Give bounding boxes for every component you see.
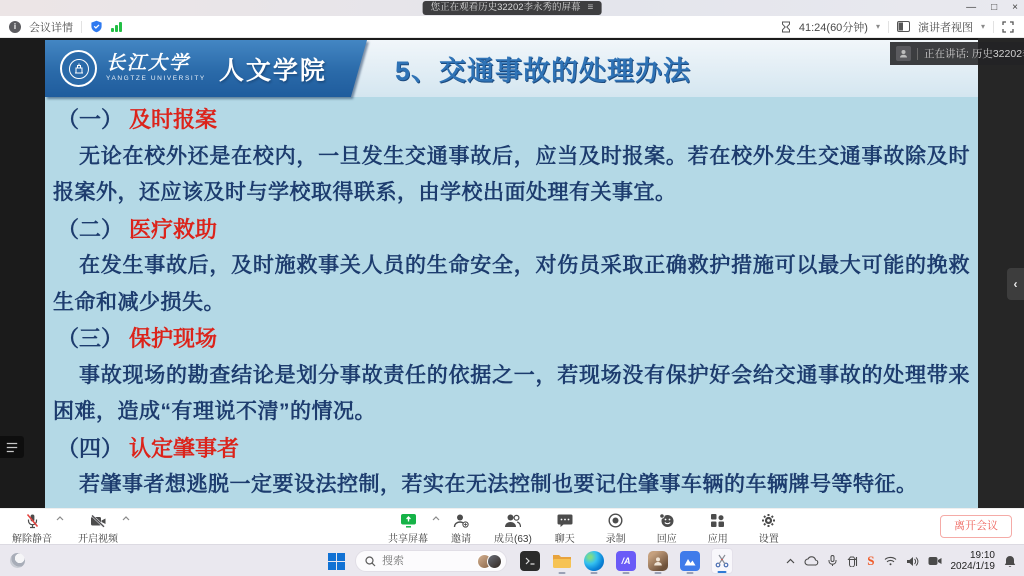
search-icon bbox=[365, 556, 376, 567]
topbar-left: i 会议详情 bbox=[9, 19, 122, 35]
unmute-button[interactable]: 解除静音 bbox=[12, 512, 52, 545]
section-paragraph: 在发生事故后，及时施救事关人员的生命安全，对伤员采取正确救护措施可以最大可能的挽… bbox=[53, 248, 970, 321]
leave-meeting-button[interactable]: 离开会议 bbox=[940, 515, 1012, 538]
share-screen-button[interactable]: 共享屏幕 bbox=[388, 512, 428, 545]
topbar-right: 41:24(60分钟) ▾ 演讲者视图 ▾ bbox=[781, 19, 1014, 35]
onedrive-cloud-icon[interactable] bbox=[804, 556, 819, 566]
notification-bell-icon[interactable] bbox=[1004, 555, 1016, 568]
section-title: 医疗救助 bbox=[129, 217, 217, 242]
search-input[interactable] bbox=[382, 555, 471, 567]
settings-label: 设置 bbox=[759, 530, 779, 545]
divider bbox=[917, 48, 918, 60]
gear-icon bbox=[761, 512, 776, 529]
university-name-en: YANGTZE UNIVERSITY bbox=[106, 76, 206, 83]
section-heading: （四）认定肇事者 bbox=[53, 431, 970, 468]
record-label: 录制 bbox=[606, 530, 626, 545]
network-signal-icon[interactable] bbox=[111, 21, 122, 32]
university-banner: 长江大学 YANGTZE UNIVERSITY 人文学院 bbox=[45, 40, 367, 97]
slide-section: （三）保护现场 事故现场的勘查结论是划分事故责任的依据之一，若现场没有保护好会给… bbox=[53, 321, 970, 431]
college-name: 人文学院 bbox=[219, 51, 327, 87]
window-controls: — □ × bbox=[966, 0, 1018, 16]
slide-section: （四）认定肇事者 若肇事者想逃脱一定要设法控制，若实在无法控制也要记住肇事车辆的… bbox=[53, 431, 970, 504]
section-number: （二） bbox=[57, 217, 123, 242]
slide-section: （一）及时报案 无论在校外还是在校内，一旦发生交通事故后，应当及时报案。若在校外… bbox=[53, 102, 970, 212]
speaker-avatar bbox=[896, 46, 911, 61]
university-name: 长江大学 YANGTZE UNIVERSITY bbox=[106, 54, 206, 83]
chat-button[interactable]: 聊天 bbox=[547, 512, 583, 545]
tray-expand-chevron-icon[interactable] bbox=[786, 558, 795, 564]
members-icon bbox=[504, 512, 521, 529]
chat-bubble-icon bbox=[557, 512, 573, 529]
section-paragraph: 事故现场的勘查结论是划分事故责任的依据之一，若现场没有保护好会给交通事故的处理带… bbox=[53, 358, 970, 431]
section-paragraph: 无论在校外还是在校内，一旦发生交通事故后，应当及时报案。若在校外发生交通事故除及… bbox=[53, 139, 970, 212]
meeting-timer[interactable]: 41:24(60分钟) bbox=[799, 19, 868, 35]
camera-options-chevron[interactable] bbox=[122, 516, 130, 521]
mic-options-chevron[interactable] bbox=[56, 516, 64, 521]
settings-button[interactable]: 设置 bbox=[751, 512, 787, 545]
university-logo-icon bbox=[60, 50, 97, 87]
system-tray: S 19:10 2024/1/19 bbox=[786, 545, 1016, 576]
meeting-toolbar: 解除静音 开启视频 共享屏幕 bbox=[0, 508, 1024, 544]
share-screen-icon bbox=[400, 512, 417, 529]
share-screen-label: 共享屏幕 bbox=[388, 530, 428, 545]
apps-label: 应用 bbox=[708, 530, 728, 545]
shared-slide: 长江大学 YANGTZE UNIVERSITY 人文学院 5、交通事故的处理办法… bbox=[45, 40, 978, 508]
divider bbox=[888, 21, 889, 33]
taskbar-center: /A bbox=[328, 545, 733, 576]
view-mode-selector[interactable]: 演讲者视图 bbox=[918, 19, 973, 35]
section-title: 认定肇事者 bbox=[129, 436, 239, 461]
camera-off-icon bbox=[90, 512, 107, 529]
watching-banner[interactable]: 您正在观看历史32202李永秀的屏幕 ≡ bbox=[423, 1, 602, 15]
invite-person-icon bbox=[453, 512, 469, 529]
edge-browser-icon[interactable] bbox=[583, 548, 605, 574]
snipping-tool-icon[interactable] bbox=[711, 548, 733, 574]
expand-video-panel-button[interactable]: ‹ bbox=[1007, 268, 1024, 300]
taskbar-search[interactable] bbox=[355, 550, 507, 572]
chevron-left-icon: ‹ bbox=[1014, 277, 1018, 291]
section-paragraph: 若肇事者想逃脱一定要设法控制，若实在无法控制也要记住肇事车辆的车辆牌号等特征。 bbox=[53, 467, 970, 504]
unmute-label: 解除静音 bbox=[12, 530, 52, 545]
info-icon: i bbox=[9, 21, 21, 33]
search-highlight-thumbnails bbox=[477, 554, 502, 569]
divider bbox=[993, 21, 994, 33]
windows-taskbar: /A bbox=[0, 544, 1024, 576]
reactions-label: 回应 bbox=[657, 530, 677, 545]
slide-section: （二）医疗救助 在发生事故后，及时施救事关人员的生命安全，对伤员采取正确救护措施… bbox=[53, 212, 970, 322]
watching-banner-text: 您正在观看历史32202李永秀的屏幕 bbox=[431, 1, 581, 15]
close-button[interactable]: × bbox=[1012, 0, 1018, 16]
start-video-label: 开启视频 bbox=[78, 530, 118, 545]
apps-grid-icon bbox=[710, 512, 725, 529]
slide-header: 长江大学 YANGTZE UNIVERSITY 人文学院 5、交通事故的处理办法 bbox=[45, 40, 978, 97]
fullscreen-icon[interactable] bbox=[1002, 21, 1014, 33]
record-button[interactable]: 录制 bbox=[598, 512, 634, 545]
members-label: 成员(63) bbox=[494, 530, 532, 545]
section-number: （三） bbox=[57, 326, 123, 351]
section-heading: （一）及时报案 bbox=[53, 102, 970, 139]
windows-start-button[interactable] bbox=[328, 553, 345, 570]
section-number: （一） bbox=[57, 107, 123, 132]
maximize-button[interactable]: □ bbox=[991, 0, 997, 16]
section-title: 保护现场 bbox=[129, 326, 217, 351]
section-heading: （三）保护现场 bbox=[53, 321, 970, 358]
hourglass-icon bbox=[781, 21, 791, 33]
wifi-icon[interactable] bbox=[884, 556, 897, 566]
section-heading: （二）医疗救助 bbox=[53, 212, 970, 249]
section-number: （四） bbox=[57, 436, 123, 461]
speaking-indicator: 正在讲话: 历史32202李永秀 bbox=[890, 42, 1024, 65]
minimize-button[interactable]: — bbox=[966, 0, 976, 16]
reaction-smiley-icon bbox=[659, 512, 675, 529]
terminal-app-icon[interactable] bbox=[519, 548, 541, 574]
clock-date: 2024/1/19 bbox=[951, 561, 996, 573]
meeting-details-button[interactable]: 会议详情 bbox=[29, 19, 73, 35]
toolbar-center-group: 共享屏幕 邀请 成员(63) 聊天 bbox=[388, 512, 787, 545]
wechat-contact-icon[interactable] bbox=[647, 548, 669, 574]
invite-label: 邀请 bbox=[451, 530, 471, 545]
share-options-chevron[interactable] bbox=[432, 516, 440, 521]
shared-screen-stage: 长江大学 YANGTZE UNIVERSITY 人文学院 5、交通事故的处理办法… bbox=[0, 38, 1024, 508]
speaking-text: 正在讲话: 历史32202李永秀 bbox=[924, 46, 1024, 61]
taskbar-apps: /A bbox=[519, 548, 733, 574]
apps-button[interactable]: 应用 bbox=[700, 512, 736, 545]
weather-widget-icon[interactable] bbox=[10, 553, 25, 568]
sogou-input-icon[interactable]: S bbox=[867, 553, 874, 569]
banner-menu-icon[interactable]: ≡ bbox=[588, 1, 594, 15]
section-title: 及时报案 bbox=[129, 107, 217, 132]
design-app-icon[interactable]: /A bbox=[615, 548, 637, 574]
toolbar-left-group: 解除静音 开启视频 bbox=[12, 512, 118, 545]
timer-dropdown-icon[interactable]: ▾ bbox=[876, 22, 880, 31]
file-explorer-icon[interactable] bbox=[551, 548, 573, 574]
record-icon bbox=[608, 512, 623, 529]
taskbar-clock[interactable]: 19:10 2024/1/19 bbox=[951, 550, 996, 573]
chat-label: 聊天 bbox=[555, 530, 575, 545]
meeting-app-icon[interactable] bbox=[679, 548, 701, 574]
slide-title: 5、交通事故的处理办法 bbox=[395, 40, 691, 97]
layout-view-icon bbox=[897, 21, 910, 32]
meeting-topbar: i 会议详情 41:24(60分钟) ▾ 演讲者视图 ▾ bbox=[0, 16, 1024, 38]
reactions-button[interactable]: 回应 bbox=[649, 512, 685, 545]
members-button[interactable]: 成员(63) bbox=[494, 512, 532, 545]
clock-time: 19:10 bbox=[951, 550, 996, 562]
security-shield-icon[interactable] bbox=[90, 20, 103, 33]
invite-button[interactable]: 邀请 bbox=[443, 512, 479, 545]
university-name-cn: 长江大学 bbox=[106, 54, 206, 73]
start-video-button[interactable]: 开启视频 bbox=[78, 512, 118, 545]
mic-muted-icon bbox=[25, 512, 40, 529]
tray-headset-icon[interactable] bbox=[846, 556, 858, 567]
window-titlebar: 您正在观看历史32202李永秀的屏幕 ≡ — □ × bbox=[0, 0, 1024, 16]
tray-mic-icon[interactable] bbox=[828, 555, 837, 567]
volume-icon[interactable] bbox=[906, 556, 919, 567]
sidebar-list-toggle[interactable] bbox=[0, 436, 24, 458]
tray-camera-icon[interactable] bbox=[928, 556, 942, 566]
divider bbox=[81, 21, 82, 33]
meeting-app-window: 您正在观看历史32202李永秀的屏幕 ≡ — □ × i 会议详情 41:24(… bbox=[0, 0, 1024, 576]
view-dropdown-icon[interactable]: ▾ bbox=[981, 22, 985, 31]
slide-body: （一）及时报案 无论在校外还是在校内，一旦发生交通事故后，应当及时报案。若在校外… bbox=[45, 97, 978, 508]
